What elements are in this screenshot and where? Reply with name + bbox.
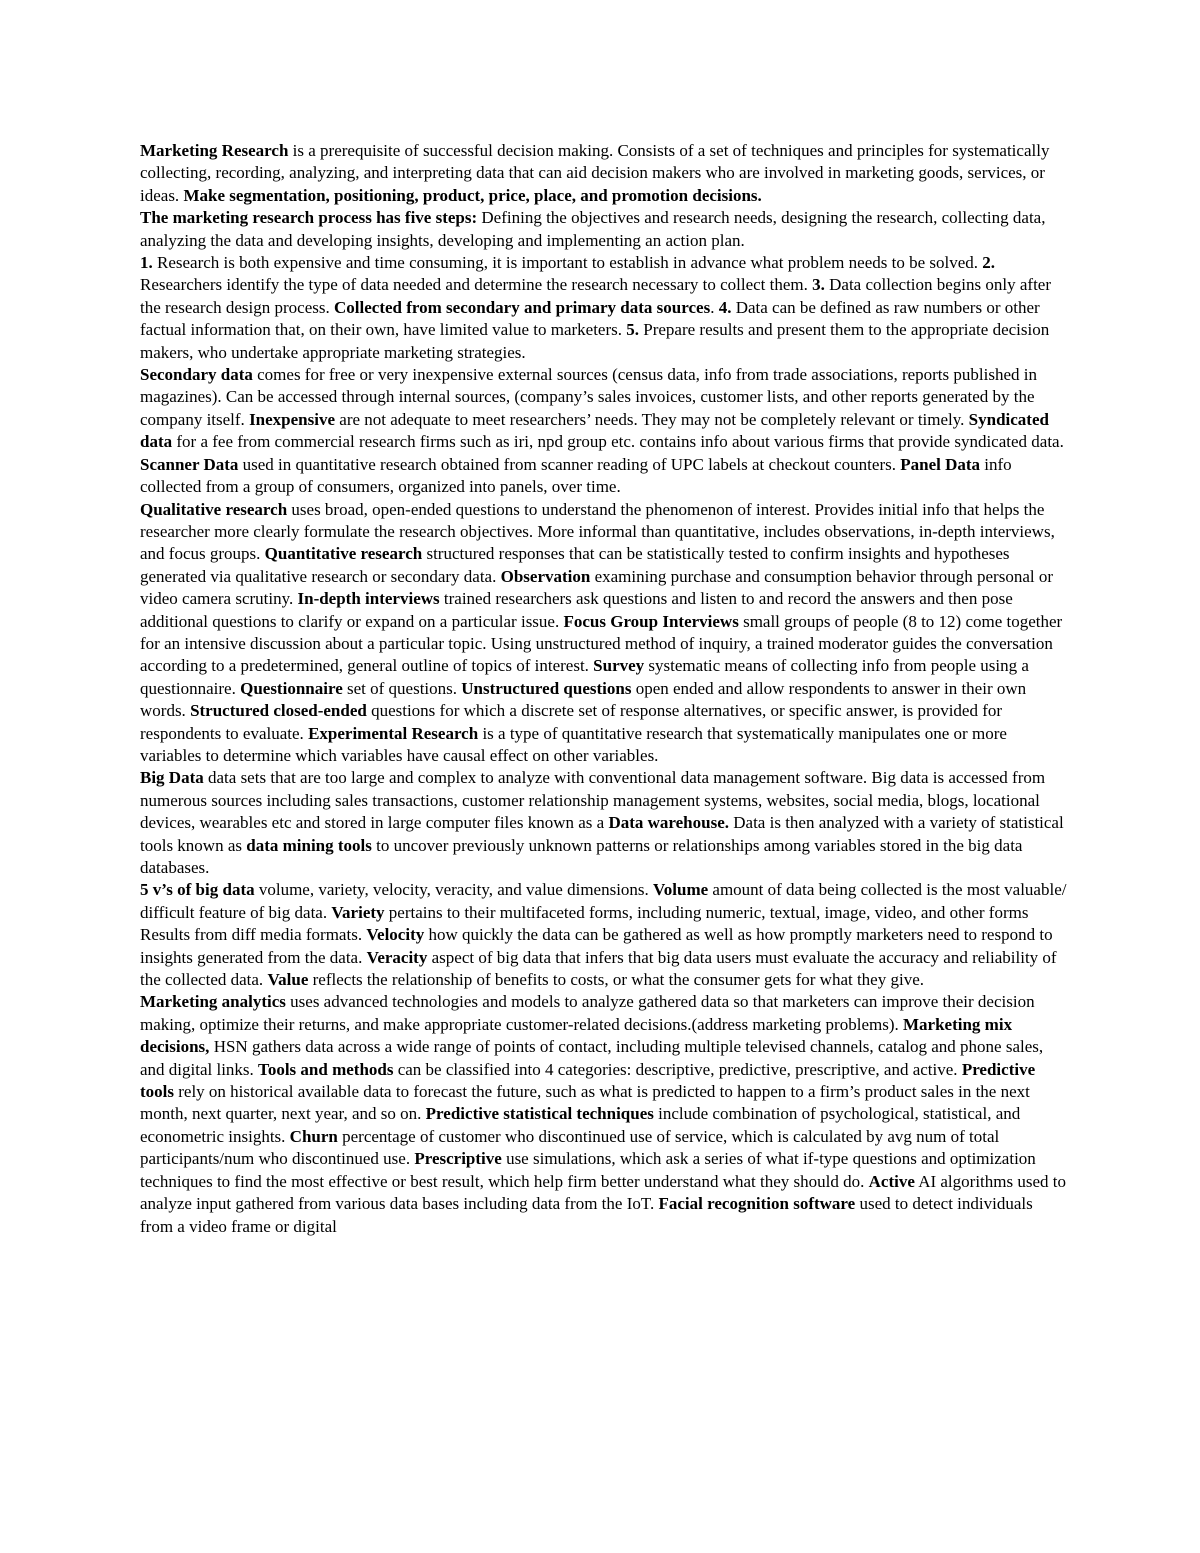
key-term: 1.	[140, 253, 153, 272]
text-segment: set of questions.	[343, 679, 462, 698]
key-term: Value	[267, 970, 308, 989]
key-term: Data warehouse.	[608, 813, 729, 832]
paragraph: Qualitative research uses broad, open-en…	[140, 499, 1068, 768]
text-segment: for a fee from commercial research firms…	[172, 432, 1064, 451]
key-term: Active	[869, 1172, 915, 1191]
key-term: Marketing analytics	[140, 992, 286, 1011]
text-segment: are not adequate to meet researchers’ ne…	[335, 410, 969, 429]
paragraph: 1. Research is both expensive and time c…	[140, 252, 1068, 364]
key-term: Panel Data	[900, 455, 980, 474]
key-term: The marketing research process has five …	[140, 208, 477, 227]
paragraph: Marketing analytics uses advanced techno…	[140, 991, 1068, 1237]
paragraph: The marketing research process has five …	[140, 207, 1068, 252]
key-term: Volume	[653, 880, 708, 899]
text-segment: can be classified into 4 categories: des…	[393, 1060, 961, 1079]
paragraph: Marketing Research is a prerequisite of …	[140, 140, 1068, 207]
key-term: Collected from secondary and primary dat…	[334, 298, 710, 317]
key-term: Structured closed-ended	[190, 701, 367, 720]
key-term: data mining tools	[246, 836, 372, 855]
key-term: 4.	[719, 298, 732, 317]
key-term: In-depth interviews	[298, 589, 440, 608]
key-term: Scanner Data	[140, 455, 238, 474]
key-term: Questionnaire	[240, 679, 343, 698]
key-term: Unstructured questions	[461, 679, 631, 698]
key-term: Veracity	[367, 948, 428, 967]
key-term: Focus Group Interviews	[563, 612, 738, 631]
key-term: Secondary data	[140, 365, 253, 384]
key-term: Big Data	[140, 768, 204, 787]
text-segment: reflects the relationship of benefits to…	[308, 970, 924, 989]
key-term: Facial recognition software	[658, 1194, 855, 1213]
paragraph: Big Data data sets that are too large an…	[140, 767, 1068, 879]
paragraph: Secondary data comes for free or very in…	[140, 364, 1068, 498]
key-term: Marketing Research	[140, 141, 288, 160]
key-term: 2.	[982, 253, 995, 272]
key-term: Qualitative research	[140, 500, 287, 519]
key-term: 5.	[626, 320, 639, 339]
text-segment: volume, variety, velocity, veracity, and…	[255, 880, 653, 899]
text-segment: .	[710, 298, 719, 317]
key-term: Observation	[501, 567, 591, 586]
key-term: Tools and methods	[258, 1060, 393, 1079]
document-page: Marketing Research is a prerequisite of …	[0, 0, 1200, 1553]
key-term: Experimental Research	[308, 724, 478, 743]
text-segment: Researchers identify the type of data ne…	[140, 275, 812, 294]
key-term: Survey	[593, 656, 644, 675]
text-segment: used in quantitative research obtained f…	[238, 455, 900, 474]
key-term: 3.	[812, 275, 825, 294]
key-term: Prescriptive	[414, 1149, 501, 1168]
key-term: Make segmentation, positioning, product,…	[183, 186, 761, 205]
key-term: 5 v’s of big data	[140, 880, 255, 899]
key-term: Variety	[331, 903, 384, 922]
paragraph: 5 v’s of big data volume, variety, veloc…	[140, 879, 1068, 991]
text-segment: Research is both expensive and time cons…	[153, 253, 983, 272]
key-term: Churn	[290, 1127, 338, 1146]
key-term: Predictive statistical techniques	[426, 1104, 654, 1123]
key-term: Quantitative research	[265, 544, 423, 563]
document-body: Marketing Research is a prerequisite of …	[140, 140, 1068, 1238]
key-term: Inexpensive	[249, 410, 335, 429]
key-term: Velocity	[366, 925, 424, 944]
